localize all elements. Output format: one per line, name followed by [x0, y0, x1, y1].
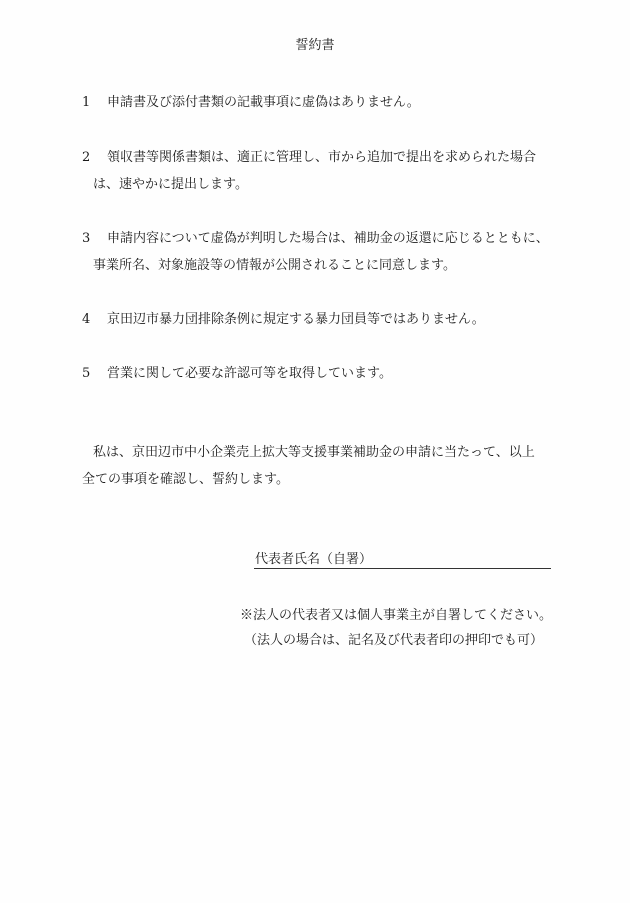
signature-field[interactable] [254, 568, 551, 569]
item-text-line-2: は、速やかに提出します。 [93, 177, 248, 193]
document-title: 誓約書 [0, 38, 630, 54]
item-text-line-1: 領収書等関係書類は、適正に管理し、市から追加で提出を求められた場合 [107, 150, 536, 166]
item-text: 京田辺市暴力団排除条例に規定する暴力団員等ではありません。 [107, 312, 485, 328]
item-number: 3 [82, 231, 90, 247]
seal-note: （法人の場合は、記名及び代表者印の押印でも可） [244, 633, 543, 649]
item-text-line-1: 申請内容について虚偽が判明した場合は、補助金の返還に応じるとともに、 [107, 231, 549, 247]
item-text: 申請書及び添付書類の記載事項に虚偽はありません。 [107, 95, 420, 111]
item-text-line-2: 事業所名、対象施設等の情報が公開されることに同意します。 [93, 258, 456, 274]
declaration-line-2: 全ての事項を確認し、誓約します。 [82, 472, 289, 488]
item-number: 5 [82, 366, 90, 382]
signature-note: ※法人の代表者又は個人事業主が自署してください。 [240, 608, 552, 624]
declaration-line-1: 私は、京田辺市中小企業売上拡大等支援事業補助金の申請に当たって、以上 [93, 445, 535, 461]
item-number: 2 [82, 150, 90, 166]
item-number: 1 [82, 95, 90, 111]
item-text: 営業に関して必要な許認可等を取得しています。 [107, 366, 392, 382]
item-number: 4 [82, 312, 90, 328]
document-page: 誓約書 1 申請書及び添付書類の記載事項に虚偽はありません。 2 領収書等関係書… [0, 0, 630, 903]
signature-label: 代表者氏名（自署） [255, 552, 372, 568]
